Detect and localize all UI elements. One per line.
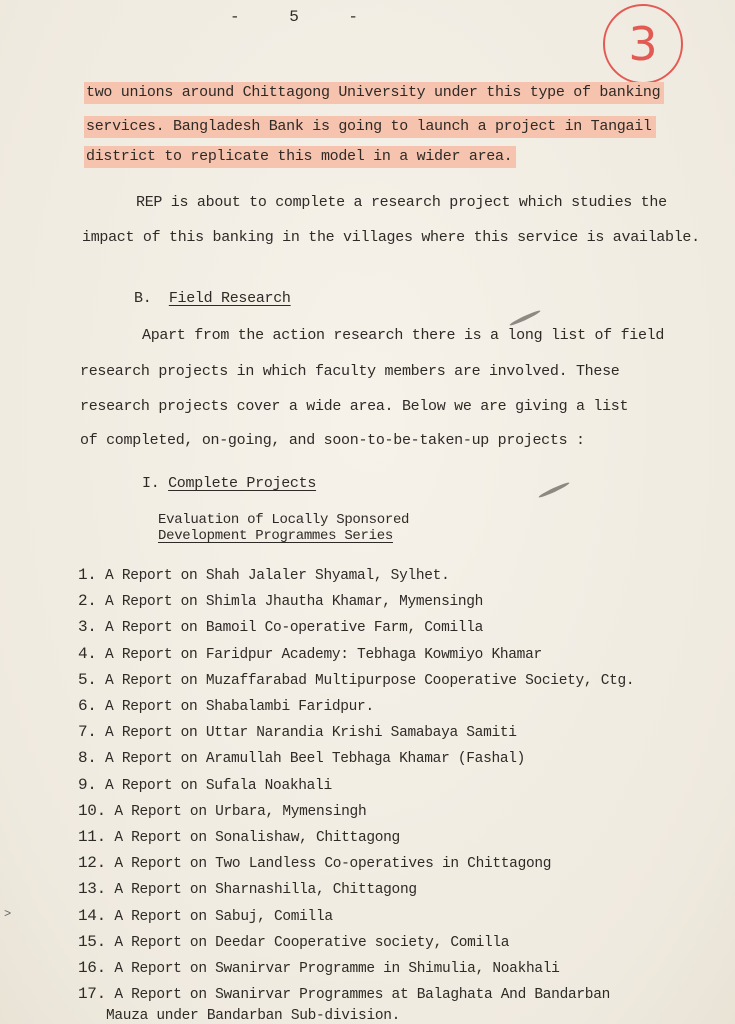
document-page: - 5 - 3 two unions around Chittagong Uni… <box>0 0 735 1024</box>
list-item: 3. A Report on Bamoil Co-operative Farm,… <box>78 618 483 636</box>
list-item: 2. A Report on Shimla Jhautha Khamar, My… <box>78 592 483 610</box>
list-item-text: A Report on Shah Jalaler Shyamal, Sylhet… <box>105 568 449 584</box>
list-item: 1. A Report on Shah Jalaler Shyamal, Syl… <box>78 566 449 584</box>
list-item-text: A Report on Sharnashilla, Chittagong <box>114 882 416 898</box>
list-item: 13. A Report on Sharnashilla, Chittagong <box>78 880 417 898</box>
highlighted-text: two unions around Chittagong University … <box>84 82 664 104</box>
circled-number-annotation: 3 <box>603 4 683 84</box>
series-heading-line-2: Development Programmes Series <box>158 528 393 544</box>
section-title: Field Research <box>169 290 291 307</box>
list-item: 7. A Report on Uttar Narandia Krishi Sam… <box>78 723 517 741</box>
paragraph-1-line-1: two unions around Chittagong University … <box>84 84 664 101</box>
list-item-text: A Report on Two Landless Co-operatives i… <box>114 856 551 872</box>
margin-mark: > <box>4 907 11 921</box>
list-item-text: A Report on Uttar Narandia Krishi Samaba… <box>105 725 517 741</box>
list-item: 9. A Report on Sufala Noakhali <box>78 776 332 794</box>
list-item-text: A Report on Aramullah Beel Tebhaga Khama… <box>105 751 525 767</box>
list-item-text: A Report on Sabuj, Comilla <box>114 909 332 925</box>
list-item-number: 16. <box>78 959 106 977</box>
highlighted-text: services. Bangladesh Bank is going to la… <box>84 116 656 138</box>
subsection-numeral: I. <box>142 475 159 492</box>
paragraph-1-line-2: services. Bangladesh Bank is going to la… <box>84 118 656 135</box>
list-item: 8. A Report on Aramullah Beel Tebhaga Kh… <box>78 749 525 767</box>
list-item-number: 5. <box>78 671 97 689</box>
list-item-text: A Report on Deedar Cooperative society, … <box>114 935 509 951</box>
subsection-title: Complete Projects <box>168 475 316 492</box>
list-item-text: A Report on Shimla Jhautha Khamar, Mymen… <box>105 594 483 610</box>
paragraph-3-line-2: research projects in which faculty membe… <box>80 363 620 380</box>
list-item-text: A Report on Bamoil Co-operative Farm, Co… <box>105 620 483 636</box>
list-item-number: 8. <box>78 749 97 767</box>
list-item-text: A Report on Sufala Noakhali <box>105 778 332 794</box>
list-item: 5. A Report on Muzaffarabad Multipurpose… <box>78 671 634 689</box>
list-item-number: 9. <box>78 776 97 794</box>
list-item-number: 3. <box>78 618 97 636</box>
list-item-number: 12. <box>78 854 106 872</box>
list-item-number: 13. <box>78 880 106 898</box>
subsection-heading: I. Complete Projects <box>142 475 316 492</box>
list-item-text: A Report on Muzaffarabad Multipurpose Co… <box>105 673 634 689</box>
list-item-number: 6. <box>78 697 97 715</box>
paragraph-2-line-2: impact of this banking in the villages w… <box>82 229 700 246</box>
page-number: - 5 - <box>230 8 358 26</box>
list-item-number: 7. <box>78 723 97 741</box>
paragraph-3-line-3: research projects cover a wide area. Bel… <box>80 398 628 415</box>
list-item-number: 15. <box>78 933 106 951</box>
list-item-text: A Report on Swanirvar Programme in Shimu… <box>114 961 559 977</box>
paragraph-2-line-1: REP is about to complete a research proj… <box>136 194 667 211</box>
list-item: 11. A Report on Sonalishaw, Chittagong <box>78 828 400 846</box>
section-b-heading: B. Field Research <box>134 290 291 307</box>
paragraph-1-line-3: district to replicate this model in a wi… <box>84 148 516 165</box>
list-item: 17. A Report on Swanirvar Programmes at … <box>78 985 610 1003</box>
list-item-number: 1. <box>78 566 97 584</box>
list-item-number: 17. <box>78 985 106 1003</box>
list-item-number: 14. <box>78 907 106 925</box>
list-item: 16. A Report on Swanirvar Programme in S… <box>78 959 560 977</box>
list-item-text: A Report on Faridpur Academy: Tebhaga Ko… <box>105 647 542 663</box>
list-item: 6. A Report on Shabalambi Faridpur. <box>78 697 374 715</box>
list-item-number: 10. <box>78 802 106 820</box>
list-item: 12. A Report on Two Landless Co-operativ… <box>78 854 551 872</box>
highlighted-text: district to replicate this model in a wi… <box>84 146 516 168</box>
paragraph-3-line-1: Apart from the action research there is … <box>142 327 664 344</box>
list-item-number: 2. <box>78 592 97 610</box>
paragraph-3-line-4: of completed, on-going, and soon-to-be-t… <box>80 432 585 449</box>
list-item: 4. A Report on Faridpur Academy: Tebhaga… <box>78 645 542 663</box>
list-item-number: 4. <box>78 645 97 663</box>
list-item: 10. A Report on Urbara, Mymensingh <box>78 802 366 820</box>
list-item-text: A Report on Swanirvar Programmes at Bala… <box>114 987 610 1003</box>
list-item-number: 11. <box>78 828 106 846</box>
list-item-text: A Report on Urbara, Mymensingh <box>114 804 366 820</box>
project-17-continuation: Mauza under Bandarban Sub-division. <box>106 1008 400 1024</box>
section-letter: B. <box>134 290 151 307</box>
list-item-text: A Report on Shabalambi Faridpur. <box>105 699 374 715</box>
series-heading-line-1: Evaluation of Locally Sponsored <box>158 512 409 528</box>
list-item: 14. A Report on Sabuj, Comilla <box>78 907 333 925</box>
ink-smudge <box>509 309 542 327</box>
list-item: 15. A Report on Deedar Cooperative socie… <box>78 933 509 951</box>
list-item-text: A Report on Sonalishaw, Chittagong <box>114 830 400 846</box>
ink-smudge <box>538 481 571 499</box>
